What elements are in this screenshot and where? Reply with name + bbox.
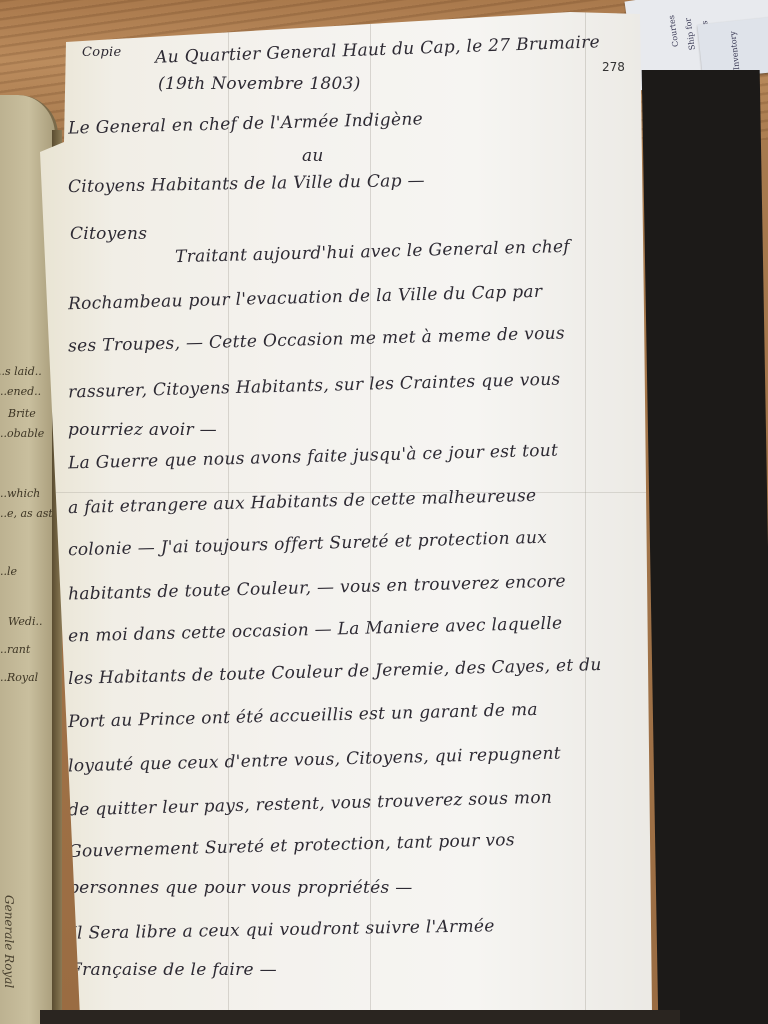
archive-number: 278 (602, 60, 625, 74)
paper-fold (370, 12, 371, 1017)
book-note: Brite (8, 407, 36, 420)
margin-note: Copie (82, 45, 121, 60)
book-note: ..s laid.. (0, 365, 42, 378)
body-line: loyauté que ceux d'entre vous, Citoyens,… (68, 744, 561, 777)
body-line: Traitant aujourd'hui avec le General en … (175, 237, 570, 267)
letter-paper: Copie Au Quartier General Haut du Cap, l… (40, 12, 660, 1017)
body-line: pourriez avoir — (68, 420, 217, 440)
book-note: ..obable (0, 427, 44, 440)
body-line: en moi dans cette occasion — La Maniere … (68, 614, 563, 647)
letter-to: au (302, 146, 324, 166)
body-line: Rochambeau pour l'evacuation de la Ville… (68, 282, 543, 314)
body-line: Il Sera libre a ceux qui voudront suivre… (70, 916, 495, 943)
body-line: a fait etrangere aux Habitants de cette … (68, 486, 537, 518)
bottom-shadow (40, 1010, 680, 1024)
body-line: Port au Prince ont été accueillis est un… (68, 700, 538, 732)
scrap-text: Courtes (667, 15, 680, 48)
paper-fold (228, 12, 229, 1017)
book-note: Wedi.. (8, 615, 42, 628)
book-vertical-note: Generale Royal (2, 895, 16, 988)
book-note: ..e, as ast (0, 507, 53, 520)
dark-folder-cover (642, 70, 768, 1024)
book-note: ..le (0, 565, 17, 578)
book-note: ..ened.. (0, 385, 41, 398)
salutation: Citoyens (70, 224, 147, 244)
body-line: habitants de toute Couleur, — vous en tr… (68, 571, 566, 604)
letter-addressee: Citoyens Habitants de la Ville du Cap — (68, 171, 425, 197)
body-line: de quitter leur pays, restent, vous trou… (68, 788, 553, 821)
book-note: ..rant (0, 643, 30, 656)
body-line: colonie — J'ai toujours offert Sureté et… (68, 528, 548, 561)
book-note: ..Royal (0, 671, 38, 684)
paper-fold (585, 12, 586, 1017)
scrap-text: Inventory (728, 31, 741, 71)
scrap-text: Ship for (683, 17, 696, 50)
body-line: les Habitants de toute Couleur de Jeremi… (68, 655, 602, 689)
body-line: personnes que pour vous propriétés — (68, 878, 413, 898)
body-line: rassurer, Citoyens Habitants, sur les Cr… (68, 370, 561, 403)
book-note: ..which (0, 487, 40, 500)
photo-scene: Courtes Ship for Arbes Inventory ..s lai… (0, 0, 768, 1024)
date-bracket: (19th Novembre 1803) (158, 74, 361, 94)
body-line: Française de le faire — (70, 960, 277, 980)
body-line: La Guerre que nous avons faite jusqu'à c… (68, 441, 559, 474)
body-line: Gouvernement Sureté et protection, tant … (68, 830, 515, 862)
body-line: ses Troupes, — Cette Occasion me met à m… (68, 323, 565, 356)
place-date: Au Quartier General Haut du Cap, le 27 B… (155, 32, 601, 68)
